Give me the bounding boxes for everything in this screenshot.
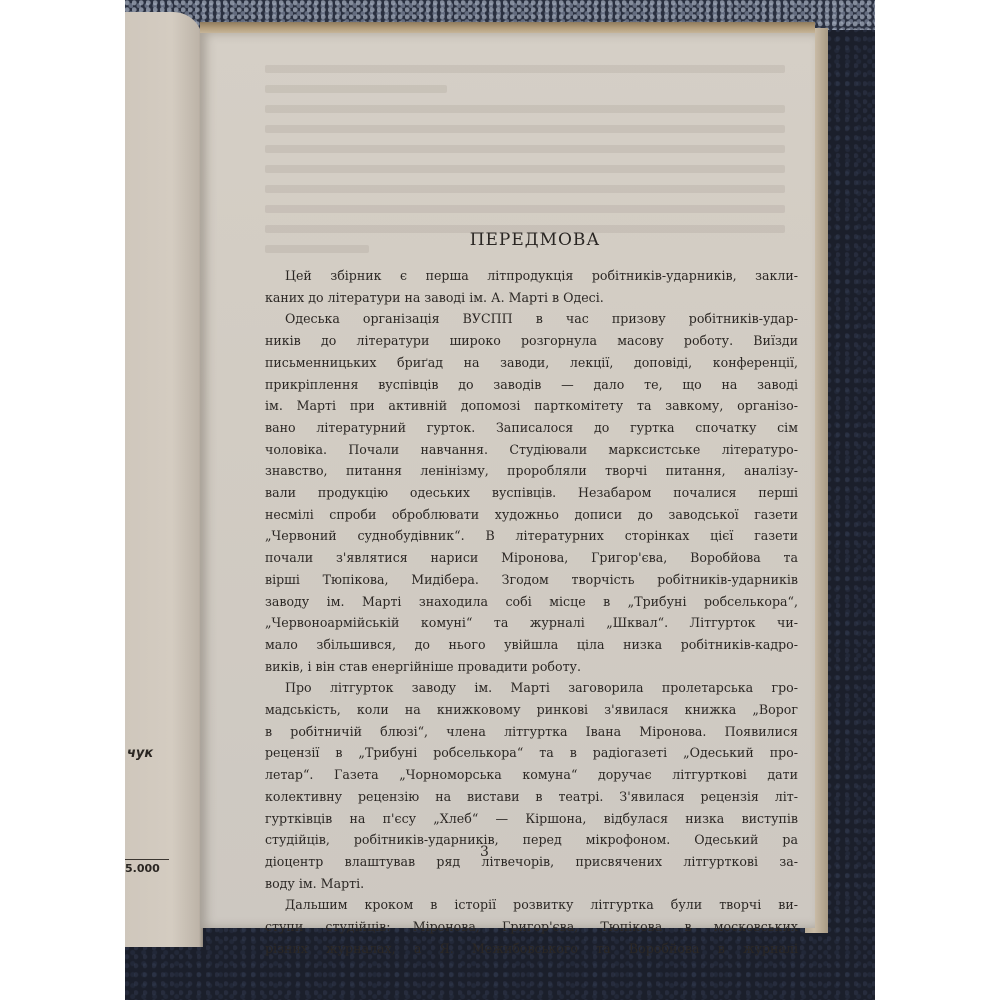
- text-line: різних журналах, а Я. Межибовського та В…: [265, 938, 798, 960]
- text-line: „Червоний суднобудівник“. В літературних…: [265, 525, 798, 547]
- text-line: ступи студійців: Міронова, Григор'єва, Т…: [265, 916, 798, 938]
- text-line: вірші Тюпікова, Мидібера. Згодом творчіс…: [265, 569, 798, 591]
- page-title: ПЕРЕДМОВА: [265, 230, 805, 250]
- text-line: ім. Марті при активній допомозі парткомі…: [265, 395, 798, 417]
- text-line: знавство, питання ленінізму, проробляли …: [265, 460, 798, 482]
- text-line: Дальшим кроком в історії розвитку літгур…: [265, 894, 798, 916]
- text-line: виків, і він став енергійніше провадити …: [265, 656, 798, 678]
- text-line: ників до літератури широко розгорнула ма…: [265, 330, 798, 352]
- right-page: ПЕРЕДМОВА Цей збірник є перша літпродукц…: [200, 33, 815, 928]
- text-line: чоловіка. Почали навчання. Студіювали ма…: [265, 439, 798, 461]
- text-line: гуртківців на п'єсу „Хлеб“ — Кіршона, ві…: [265, 808, 798, 830]
- left-page-text-fragment: чук: [127, 746, 153, 761]
- text-line: заводу ім. Марті знаходила собі місце в …: [265, 591, 798, 613]
- paragraph-4: Дальшим кроком в історії розвитку літгур…: [265, 894, 805, 959]
- left-page-rule: [125, 859, 169, 860]
- text-line: летар“. Газета „Чорноморська комуна“ дор…: [265, 764, 798, 786]
- page-content: ПЕРЕДМОВА Цей збірник є перша літпродукц…: [265, 230, 805, 960]
- left-page-print-run: 5.000: [125, 862, 160, 875]
- text-line: письменницьких бриґад на заводи, лекції,…: [265, 352, 798, 374]
- text-line: вали продукцію одеських вуспівців. Незаб…: [265, 482, 798, 504]
- text-line: студійців, робітників-ударників, перед м…: [265, 829, 798, 851]
- photo-scene: чук 5.000 ПЕРЕДМОВА Цей збірник є перша …: [0, 0, 1000, 1000]
- text-line: каних до літератури на заводі ім. А. Мар…: [265, 287, 798, 309]
- text-line: несмілі спроби оброблювати художньо допи…: [265, 504, 798, 526]
- text-line: Одеська організація ВУСПП в час призову …: [265, 308, 798, 330]
- text-line: воду ім. Марті.: [265, 873, 798, 895]
- text-line: „Червоноармійській комуні“ та журналі „Ш…: [265, 612, 798, 634]
- text-line: в робітничій блюзі“, члена літгуртка Іва…: [265, 721, 798, 743]
- text-line: прикріплення вуспівців до заводів — дало…: [265, 374, 798, 396]
- left-page: чук 5.000: [125, 12, 203, 947]
- text-line: вано літературний гурток. Записалося до …: [265, 417, 798, 439]
- text-line: діоцентр влаштував ряд літвечорів, присв…: [265, 851, 798, 873]
- text-line: Про літгурток заводу ім. Марті заговорил…: [265, 677, 798, 699]
- text-line: мадськість, коли на книжковому ринкові з…: [265, 699, 798, 721]
- paragraph-2: Одеська організація ВУСПП в час призову …: [265, 308, 805, 677]
- paragraph-1: Цей збірник є перша літпродукція робітни…: [265, 265, 805, 308]
- text-line: мало збільшився, до нього увійшла ціла н…: [265, 634, 798, 656]
- text-line: колективну рецензію на вистави в театрі.…: [265, 786, 798, 808]
- text-line: рецензії в „Трибуні робселькора“ та в ра…: [265, 742, 798, 764]
- text-line: почали з'являтися нариси Міронова, Григо…: [265, 547, 798, 569]
- page-number: 3: [480, 844, 489, 860]
- text-line: Цей збірник є перша літпродукція робітни…: [265, 265, 798, 287]
- paragraph-3: Про літгурток заводу ім. Марті заговорил…: [265, 677, 805, 894]
